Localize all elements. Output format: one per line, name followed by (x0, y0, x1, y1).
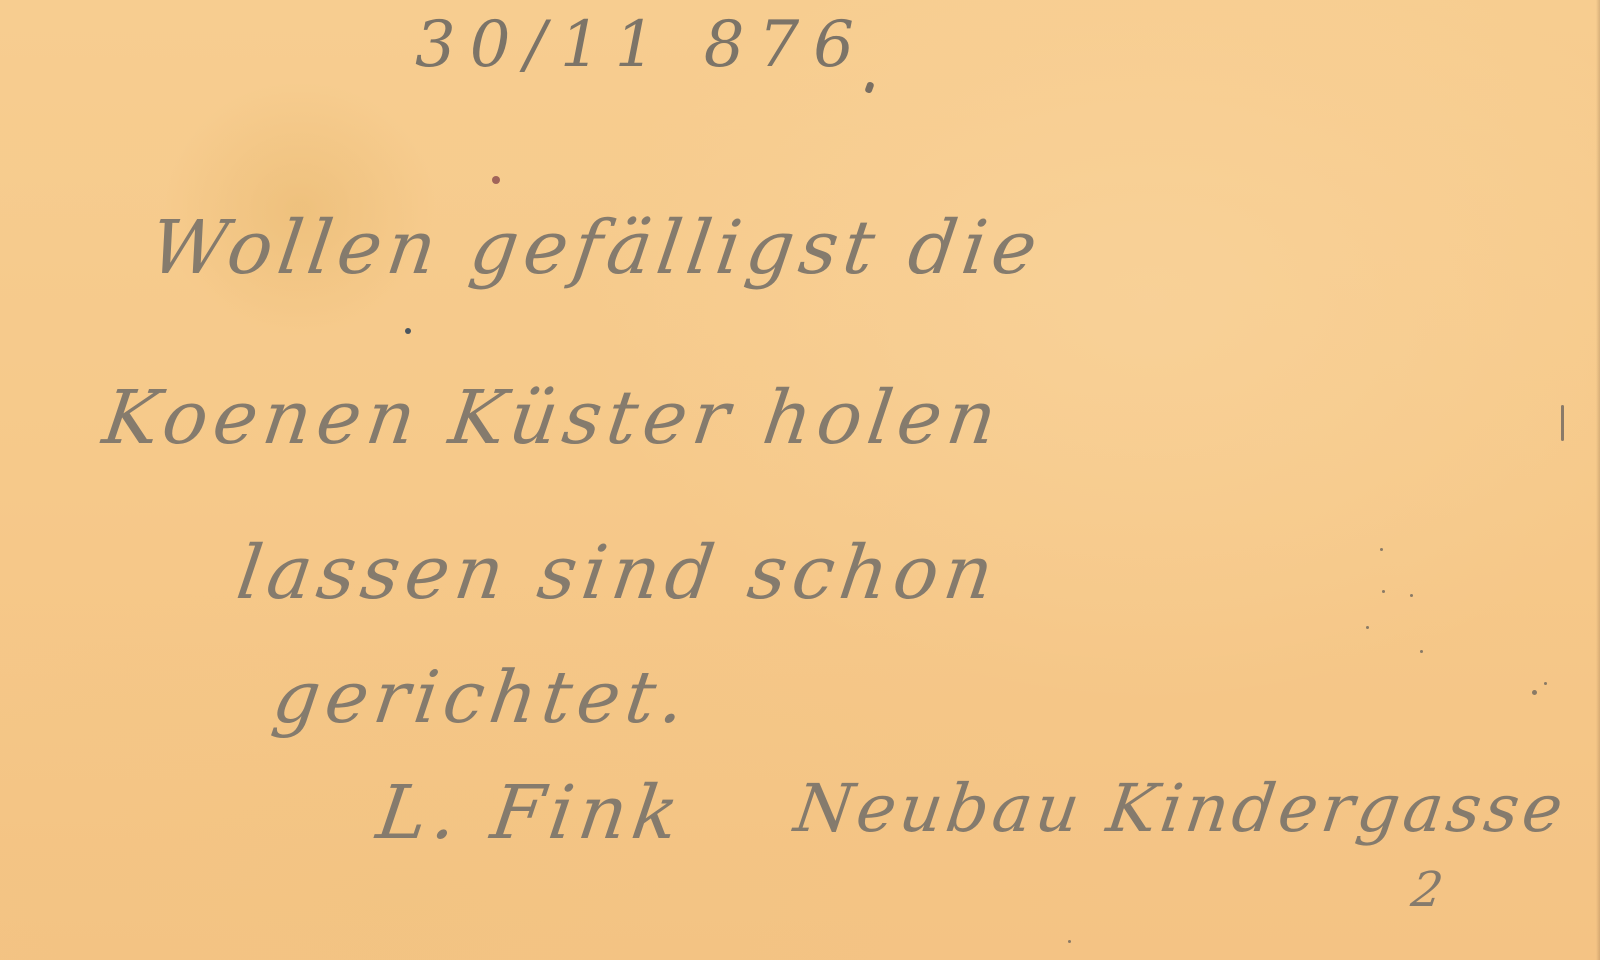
paper-speck (1380, 548, 1383, 551)
date-line: 30/11 876 (415, 8, 868, 82)
signature-house-number: 2 (1408, 862, 1448, 918)
signature-name: L. Fink (372, 770, 690, 856)
paper-speck (1068, 940, 1071, 943)
paper-speck (1532, 690, 1537, 695)
paper-speck (1420, 650, 1423, 653)
text-line-4: gerichtet. (268, 655, 696, 739)
paper-speck (1544, 682, 1547, 685)
edge-ink-stroke (1561, 405, 1564, 441)
paper-speck (1382, 590, 1385, 593)
card-edge (1596, 0, 1600, 960)
paper-speck (1366, 626, 1369, 629)
paper-speck (1410, 594, 1413, 597)
text-line-1: Wollen gefälligst die (145, 205, 1048, 291)
signature-address: Neubau Kindergasse (790, 770, 1571, 847)
ink-spot-red (492, 176, 500, 184)
ink-spot-dark (405, 328, 411, 334)
ink-mark (864, 81, 874, 94)
text-line-2: Koenen Küster holen (98, 375, 1007, 461)
text-line-3: lassen sind schon (232, 530, 1004, 616)
postcard: 30/11 876 Wollen gefälligst die Koenen K… (0, 0, 1600, 960)
